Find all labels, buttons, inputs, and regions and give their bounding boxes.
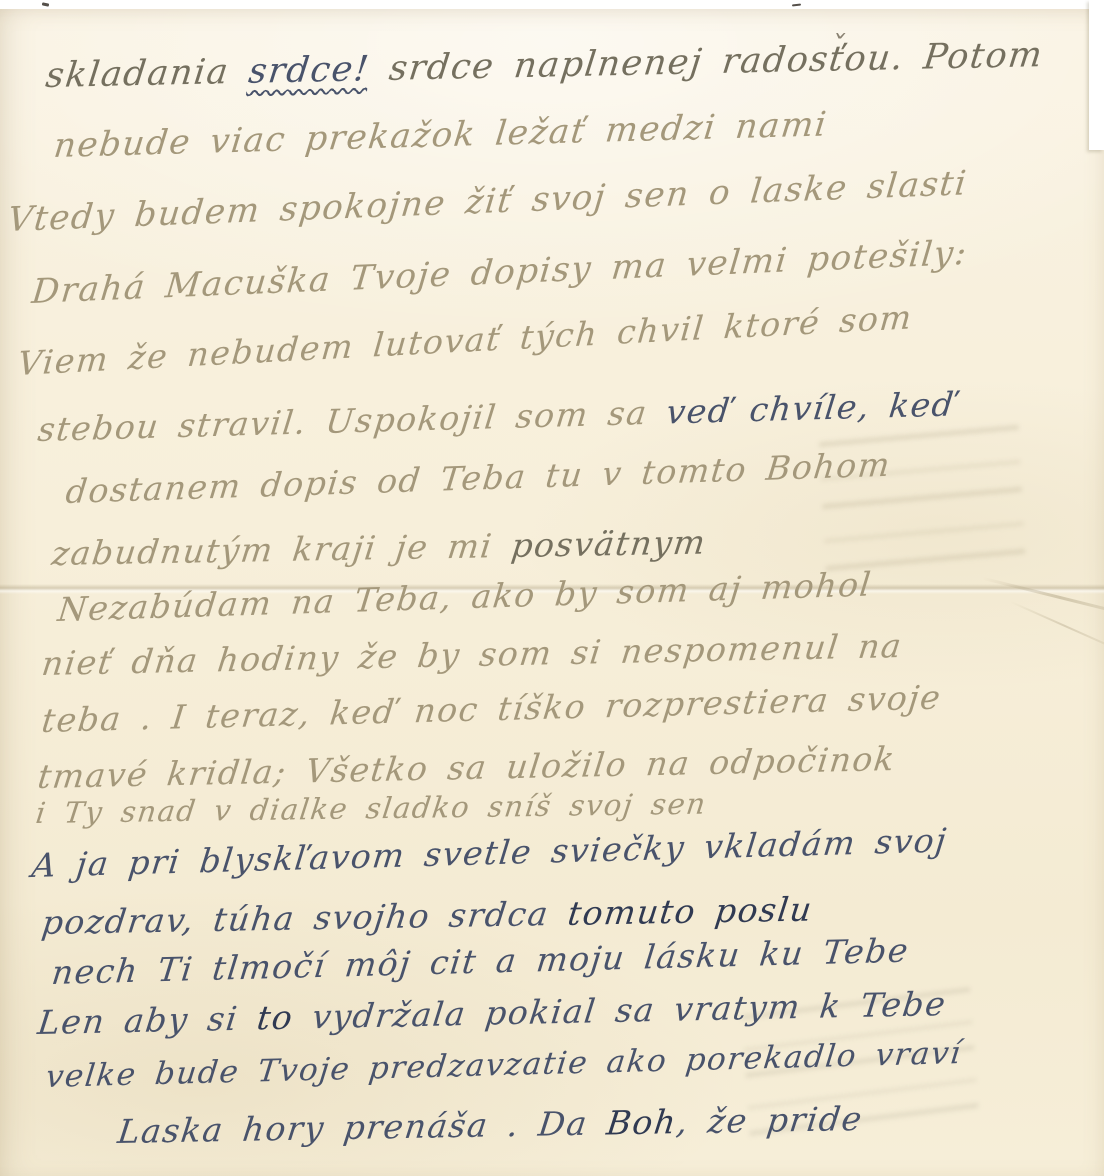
handwriting-segment: Drahá Macuška Tvoje dopisy ma velmi pote… xyxy=(30,233,970,312)
handwriting-segment: zabudnutým kraji je mi xyxy=(50,526,514,573)
handwriting-segment: nebude viac prekažok ležať medzi nami xyxy=(52,104,830,165)
handwriting-segment: Nezabúdam na Teba, ako by som aj mohol xyxy=(56,565,874,629)
handwriting-line: tmavé kridla; Všetko sa uložilo na odpoč… xyxy=(36,739,898,796)
handwriting-segment: vydržala pokial sa vratym k Tebe xyxy=(291,984,949,1037)
handwriting-line: Viem že nebudem lutovať tých chvil ktoré… xyxy=(16,297,914,382)
handwriting-segment: Len aby si xyxy=(36,998,260,1042)
handwriting-segment: tomuto poslu xyxy=(566,890,815,933)
handwriting-segment: Boh xyxy=(605,1102,680,1142)
handwriting-lines: skladania srdce! srdce naplnenej radosťo… xyxy=(0,0,1104,1176)
handwriting-segment: veď chvíle, keď xyxy=(664,385,956,432)
handwriting-segment: Viem že nebudem lutovať tých chvil ktoré… xyxy=(16,297,914,382)
handwriting-line: nebude viac prekažok ležať medzi nami xyxy=(52,104,830,165)
handwriting-segment: stebou stravil. Uspokojil som sa xyxy=(36,393,669,449)
handwriting-line: dostanem dopis od Teba tu v tomto Bohom xyxy=(64,445,893,511)
scanner-edge-top xyxy=(0,0,1104,9)
handwriting-segment: nech Ti tlmočí môj cit a moju lásku ku T… xyxy=(50,931,912,992)
handwriting-segment: nieť dňa hodiny že by som si nespomenul … xyxy=(40,626,905,683)
handwriting-line: pozdrav, túha svojho srdca tomuto poslu xyxy=(40,890,815,942)
handwriting-line: nech Ti tlmočí môj cit a moju lásku ku T… xyxy=(50,931,912,992)
handwriting-segment: tmavé kridla; Všetko sa uložilo na odpoč… xyxy=(36,739,898,796)
handwriting-line: nieť dňa hodiny že by som si nespomenul … xyxy=(40,626,905,683)
handwriting-segment: Vtedy budem spokojne žiť svoj sen o lask… xyxy=(6,163,969,240)
handwriting-line: A ja pri blyskľavom svetle sviečky vklad… xyxy=(30,821,950,885)
handwriting-segment: dostanem dopis od Teba tu v tomto Bohom xyxy=(64,445,893,511)
scanner-edge-right xyxy=(1089,0,1104,150)
handwriting-segment: A ja pri blyskľavom svetle sviečky vklad… xyxy=(30,821,950,885)
handwriting-line: Nezabúdam na Teba, ako by som aj mohol xyxy=(56,565,874,629)
handwriting-line: Laska hory prenáša . Da Boh, že pride xyxy=(116,1099,866,1151)
handwriting-segment: pozdrav, túha svojho srdca xyxy=(40,894,571,942)
handwriting-line: stebou stravil. Uspokojil som sa veď chv… xyxy=(36,385,957,449)
handwriting-line: zabudnutým kraji je mi posvätnym xyxy=(50,523,709,573)
handwriting-segment: Laska hory prenáša . Da xyxy=(116,1103,610,1151)
handwriting-segment: velke bude Tvoje predzavzatie ako poreka… xyxy=(44,1035,964,1095)
handwriting-segment: posvätnym xyxy=(509,523,708,565)
handwriting-segment: srdce! xyxy=(246,49,372,92)
scanned-letter-page: ˇ skladania srdce! srdce naplnenej rados… xyxy=(0,0,1104,1176)
handwriting-segment: , že pride xyxy=(675,1099,866,1141)
handwriting-line: Vtedy budem spokojne žiť svoj sen o lask… xyxy=(6,163,969,240)
handwriting-line: Len aby si to vydržala pokial sa vratym … xyxy=(36,984,949,1042)
handwriting-segment: skladania xyxy=(44,52,252,96)
handwriting-segment: teba . I teraz, keď noc tíško rozprestie… xyxy=(40,678,944,740)
handwriting-line: skladania srdce! srdce naplnenej radosťo… xyxy=(44,35,1046,96)
handwriting-line: teba . I teraz, keď noc tíško rozprestie… xyxy=(40,678,944,740)
handwriting-line: velke bude Tvoje predzavzatie ako poreka… xyxy=(44,1035,964,1095)
handwriting-line: Drahá Macuška Tvoje dopisy ma velmi pote… xyxy=(30,233,970,312)
handwriting-segment: to xyxy=(255,998,296,1038)
handwriting-segment: srdce naplnenej radosťou. Potom xyxy=(367,35,1045,89)
